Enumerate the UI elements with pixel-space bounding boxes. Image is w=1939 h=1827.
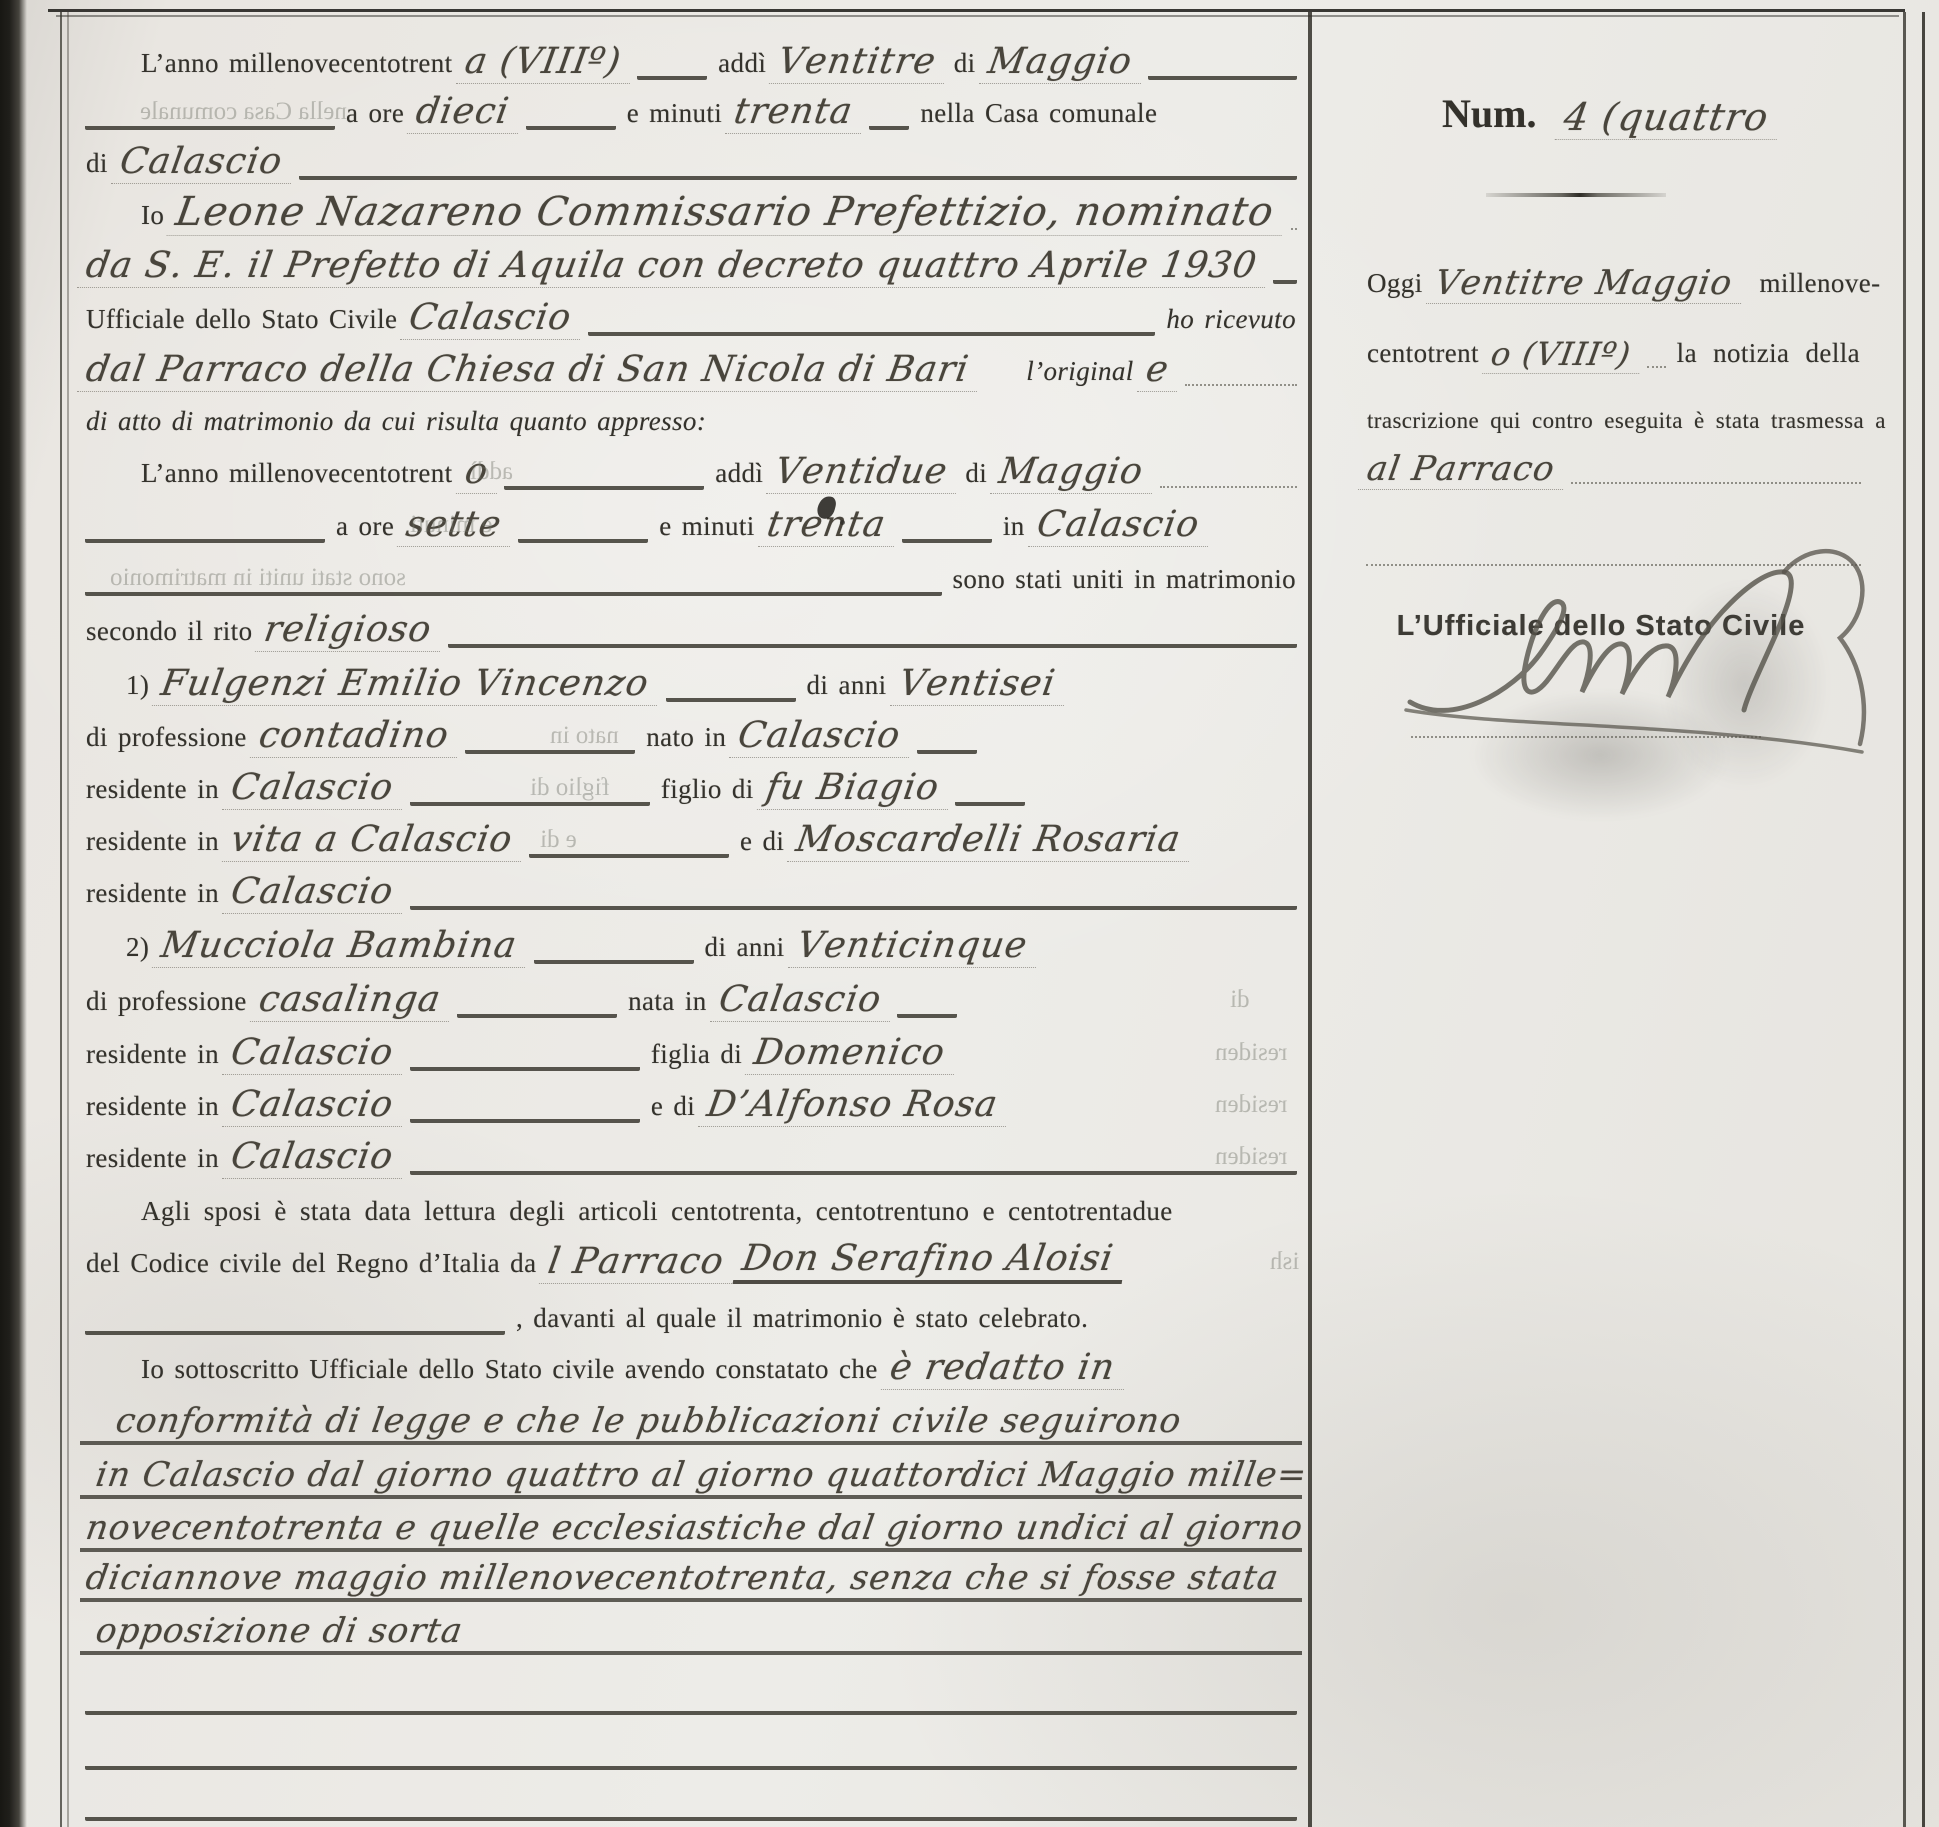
- printed-text: del Codice civile del Regno d’Italia da: [80, 1248, 542, 1284]
- blank-rule: [534, 955, 694, 964]
- form-line: OggiVentitre Maggiomillenove-: [1336, 252, 1866, 304]
- blank-rule: [457, 1009, 617, 1018]
- handwritten-text: Calascio: [111, 144, 297, 184]
- form-line: 2)Mucciola Bambinadi anniVenticinque: [80, 916, 1302, 968]
- form-line: residente inCalasciofiglia diDomenicores…: [80, 1023, 1302, 1075]
- dotted-guide-line: [1185, 379, 1297, 386]
- dotted-guide-line: [1411, 731, 1761, 738]
- handwritten-text: contadino: [250, 718, 464, 758]
- form-line: IoLeone Nazareno Commissario Prefettizio…: [80, 184, 1302, 236]
- handwritten-text: Ventitre Maggio: [1426, 266, 1747, 304]
- form-line: residente inCalascioresiden: [80, 1127, 1302, 1179]
- blank-rule: [85, 587, 942, 596]
- form-line: di professionecasalinganata inCalasciodi: [80, 970, 1302, 1022]
- handwritten-text: Domenico: [745, 1035, 960, 1075]
- printed-text: figlia di: [645, 1039, 748, 1075]
- printed-text: Io sottoscritto Ufficiale dello Stato ci…: [135, 1354, 884, 1390]
- dotted-guide-line: [1571, 477, 1861, 484]
- printed-text: Ufficiale dello Stato Civile: [80, 304, 403, 340]
- blank-rule: [518, 534, 648, 543]
- blank-rule: [1273, 275, 1297, 284]
- form-line: residente inCalascio: [80, 862, 1302, 914]
- handwritten-text: religioso: [255, 612, 446, 652]
- printed-text: in: [997, 511, 1031, 547]
- blank-rule: [85, 121, 335, 130]
- form-line: [80, 1722, 1302, 1774]
- form-line: Io sottoscritto Ufficiale dello Stato ci…: [80, 1338, 1302, 1390]
- handwritten-text: Venticinque: [787, 928, 1041, 968]
- printed-text: secondo il rito: [80, 616, 258, 652]
- form-line: diCalascio: [80, 132, 1302, 184]
- form-line: [1336, 692, 1866, 744]
- form-line: residente inCalasciofiglio difu Biagiofi…: [80, 758, 1302, 810]
- printed-text: residente in: [80, 774, 225, 810]
- printed-text: di professione: [80, 986, 253, 1022]
- form-line: sono stati uniti in matrimoniosono stati…: [80, 548, 1302, 600]
- blank-rule: [85, 1326, 505, 1335]
- printed-text: figlio di: [655, 774, 760, 810]
- handwritten-text: Maggio: [990, 454, 1158, 494]
- page-right-border: [1903, 12, 1906, 1827]
- printed-bold-sans-text: L’Ufficiale dello Stato Civile: [1393, 612, 1810, 649]
- form-line: L’anno millenovecentotrenta (VIIIº)addìV…: [80, 32, 1302, 84]
- handwritten-text: dieci: [407, 94, 524, 134]
- form-line: trascrizione qui contro eseguita è stata…: [1336, 388, 1866, 440]
- handwritten-text: diciannove maggio millenovecentotrenta, …: [77, 1561, 1293, 1598]
- form-line: centotrento (VIIIº)la notizia della: [1336, 322, 1866, 374]
- form-line: a orediecie minutitrentanella Casa comun…: [80, 82, 1302, 134]
- ink-dot: [840, 520, 845, 525]
- form-left-border: [60, 12, 62, 1827]
- printed-text: trascrizione qui contro eseguita è stata…: [1361, 408, 1892, 440]
- handwritten-text: novecentotrenta e quelle ecclesiastiche …: [77, 1511, 1318, 1548]
- form-line: in Calascio dal giorno quattro al giorno…: [80, 1443, 1302, 1499]
- printed-text: sono stati uniti in matrimonio: [947, 564, 1303, 600]
- handwritten-text: Leone Nazareno Commissario Prefettizio, …: [167, 192, 1289, 236]
- handwritten-text: a (VIIIº): [455, 44, 635, 84]
- form-line: a oresettee minutitrentainCalascioe minu…: [80, 495, 1302, 547]
- handwritten-text: Maggio: [978, 44, 1146, 84]
- blank-rule: [85, 1812, 1297, 1821]
- blank-rule: [85, 1761, 1297, 1770]
- form-line: residente inCalascioe diD’Alfonso Rosare…: [80, 1075, 1302, 1127]
- form-line: Ufficiale dello Stato CivileCalascioho r…: [80, 288, 1302, 340]
- form-line: [80, 1667, 1302, 1719]
- printed-text: nato in: [640, 722, 732, 758]
- handwritten-text: casalinga: [250, 982, 456, 1022]
- form-line: [1336, 155, 1866, 207]
- scan-left-edge: [0, 0, 27, 1827]
- ghost-text: di: [1230, 986, 1249, 1014]
- printed-text: L’anno millenovecentotrent: [135, 458, 459, 494]
- handwritten-text: Calascio: [222, 1087, 408, 1127]
- side-column-margin-notes: Num.4 (quattroOggiVentitre Maggiomilleno…: [1336, 0, 1866, 1827]
- printed-text: e minuti: [653, 511, 760, 547]
- handwritten-text: l Parraco: [539, 1244, 739, 1284]
- ghost-text: residen: [1215, 1091, 1287, 1119]
- handwritten-text: Calascio: [222, 874, 408, 914]
- handwritten-text: Fulgenzi Emilio Vincenzo: [152, 666, 664, 706]
- printed-text: centotrent: [1361, 338, 1485, 374]
- printed-text: di professione: [80, 722, 253, 758]
- blank-rule: [504, 481, 704, 490]
- blank-rule: [902, 534, 992, 543]
- dotted-guide-line: [1366, 559, 1861, 566]
- printed-text: e di: [645, 1091, 701, 1127]
- handwritten-text: Calascio: [709, 982, 895, 1022]
- printed-italic-text: di atto di matrimonio da cui risulta qua…: [80, 406, 712, 442]
- handwritten-text: opposizione di sorta: [87, 1614, 477, 1651]
- printed-text: di anni: [699, 932, 791, 968]
- scanned-marriage-record-page: L’anno millenovecentotrenta (VIIIº)addìV…: [0, 0, 1939, 1827]
- handwritten-text: trenta: [725, 94, 867, 134]
- handwritten-text: Calascio: [1027, 507, 1213, 547]
- form-line: del Codice civile del Regno d’Italia dal…: [80, 1232, 1302, 1284]
- form-line: [80, 1773, 1302, 1825]
- ghost-text: residen: [1215, 1039, 1287, 1067]
- printed-text: residente in: [80, 1143, 225, 1179]
- blank-rule: [448, 639, 1297, 648]
- section-divider-stroke: [1486, 193, 1666, 197]
- handwritten-text: Calascio: [400, 300, 586, 340]
- handwritten-text: in Calascio dal giorno quattro al giorno…: [87, 1458, 1322, 1495]
- form-line: dal Parraco della Chiesa di San Nicola d…: [80, 340, 1302, 392]
- printed-text: 1): [120, 670, 155, 706]
- form-line: residente invita a Calascioe diMoscardel…: [80, 810, 1302, 862]
- blank-rule: [529, 849, 729, 858]
- handwritten-text: Calascio: [222, 1139, 408, 1179]
- blank-rule: [299, 171, 1297, 180]
- printed-text: Agli sposi è stata data lettura degli ar…: [135, 1196, 1179, 1232]
- blank-rule: [955, 797, 1025, 806]
- printed-text: residente in: [80, 1039, 225, 1075]
- printed-text: e di: [734, 826, 790, 862]
- printed-text: di anni: [801, 670, 893, 706]
- printed-text: nella Casa comunale: [914, 98, 1163, 134]
- blank-rule: [869, 121, 909, 130]
- printed-bold-text: Num.: [1436, 94, 1540, 140]
- handwritten-text: Calascio: [729, 718, 915, 758]
- printed-text: di: [959, 458, 993, 494]
- blank-rule: [465, 745, 635, 754]
- blank-rule: [917, 745, 977, 754]
- printed-text: L’anno millenovecentotrent: [135, 48, 459, 84]
- column-divider: [1308, 12, 1312, 1827]
- handwritten-text: D’Alfonso Rosa: [698, 1087, 1013, 1127]
- printed-text: a ore: [340, 98, 410, 134]
- handwritten-underlined-text: Don Serafino Aloisi: [732, 1241, 1127, 1284]
- handwritten-text: è redatto in: [881, 1350, 1130, 1390]
- form-line: novecentotrenta e quelle ecclesiastiche …: [80, 1496, 1302, 1552]
- form-left-border-secondary: [67, 12, 69, 1827]
- handwritten-text: dal Parraco della Chiesa di San Nicola d…: [77, 352, 984, 392]
- dotted-guide-line: [1291, 223, 1297, 230]
- handwritten-text: Moscardelli Rosaria: [787, 822, 1195, 862]
- printed-text: di: [948, 48, 982, 84]
- printed-text: Oggi: [1361, 268, 1429, 304]
- form-line: L’Ufficiale dello Stato Civile: [1336, 597, 1866, 649]
- handwritten-text: conformità di legge e che le pubblicazio…: [107, 1404, 1196, 1441]
- handwritten-text: Ventitre: [769, 44, 951, 84]
- blank-rule: [666, 693, 796, 702]
- printed-italic-text: l’original: [1020, 356, 1140, 392]
- blank-rule: [637, 71, 707, 80]
- handwritten-text: da S. E. il Prefetto di Aquila con decre…: [77, 248, 1272, 288]
- handwritten-text: o: [455, 454, 502, 494]
- blank-rule: [410, 1062, 640, 1071]
- handwritten-text: Ventisei: [889, 666, 1069, 706]
- form-line: opposizione di sorta: [80, 1599, 1302, 1655]
- printed-text: 2): [120, 932, 155, 968]
- form-line: di atto di matrimonio da cui risulta qua…: [80, 390, 1302, 442]
- printed-text: millenove-: [1754, 268, 1887, 304]
- printed-text: nata in: [622, 986, 713, 1022]
- handwritten-text: Calascio: [222, 770, 408, 810]
- handwritten-text: sette: [397, 507, 516, 547]
- blank-rule: [1148, 71, 1297, 80]
- handwritten-text: vita a Calascio: [222, 822, 527, 862]
- blank-rule: [897, 1009, 957, 1018]
- printed-text: residente in: [80, 878, 225, 914]
- handwritten-text: Calascio: [222, 1035, 408, 1075]
- handwritten-text: Ventidue: [766, 454, 962, 494]
- printed-text: residente in: [80, 826, 225, 862]
- form-line: di professionecontadinonato inCalasciona…: [80, 706, 1302, 758]
- blank-rule: [526, 121, 616, 130]
- blank-rule: [588, 327, 1155, 336]
- printed-italic-text: ho ricevuto: [1160, 304, 1302, 340]
- blank-rule: [410, 901, 1297, 910]
- form-line: Num.4 (quattro: [1336, 76, 1866, 140]
- printed-text: residente in: [80, 1091, 225, 1127]
- dotted-guide-line: [1647, 361, 1665, 368]
- handwritten-text: Mucciola Bambina: [152, 928, 532, 968]
- printed-text: addì: [709, 458, 769, 494]
- handwritten-text: e: [1137, 352, 1184, 392]
- blank-rule: [85, 1706, 1297, 1715]
- printed-text: di: [80, 148, 114, 184]
- handwritten-text: fu Biagio: [757, 770, 954, 810]
- form-line: L’anno millenovecentotrentoaddìVentidued…: [80, 442, 1302, 494]
- form-line: secondo il ritoreligioso: [80, 600, 1302, 652]
- printed-text: la notizia della: [1671, 338, 1866, 374]
- form-line: da S. E. il Prefetto di Aquila con decre…: [80, 236, 1302, 288]
- page-right-border-secondary: [1922, 12, 1925, 1827]
- blank-rule: [410, 797, 650, 806]
- blank-rule: [410, 1114, 640, 1123]
- form-line: , davanti al quale il matrimonio è stato…: [80, 1287, 1302, 1339]
- form-line: diciannove maggio millenovecentotrenta, …: [80, 1546, 1302, 1602]
- printed-text: a ore: [330, 511, 400, 547]
- handwritten-text: 4 (quattro: [1555, 98, 1784, 140]
- ghost-text: ish: [1270, 1248, 1299, 1276]
- blank-rule: [410, 1166, 1297, 1175]
- blank-rule: [85, 534, 325, 543]
- form-line: [1336, 520, 1866, 572]
- handwritten-text: al Parraco: [1358, 452, 1569, 490]
- main-column-act-text: L’anno millenovecentotrenta (VIIIº)addìV…: [80, 0, 1302, 1827]
- printed-text: Io: [135, 200, 170, 236]
- form-line: al Parraco: [1336, 438, 1866, 490]
- form-line: conformità di legge e che le pubblicazio…: [80, 1389, 1302, 1445]
- handwritten-text: o (VIIIº): [1482, 338, 1645, 374]
- dotted-guide-line: [1160, 481, 1297, 488]
- printed-text: , davanti al quale il matrimonio è stato…: [510, 1303, 1094, 1339]
- printed-text: e minuti: [621, 98, 728, 134]
- form-line: Agli sposi è stata data lettura degli ar…: [80, 1180, 1302, 1232]
- printed-text: addì: [712, 48, 772, 84]
- form-line: 1)Fulgenzi Emilio Vincenzodi anniVentise…: [80, 654, 1302, 706]
